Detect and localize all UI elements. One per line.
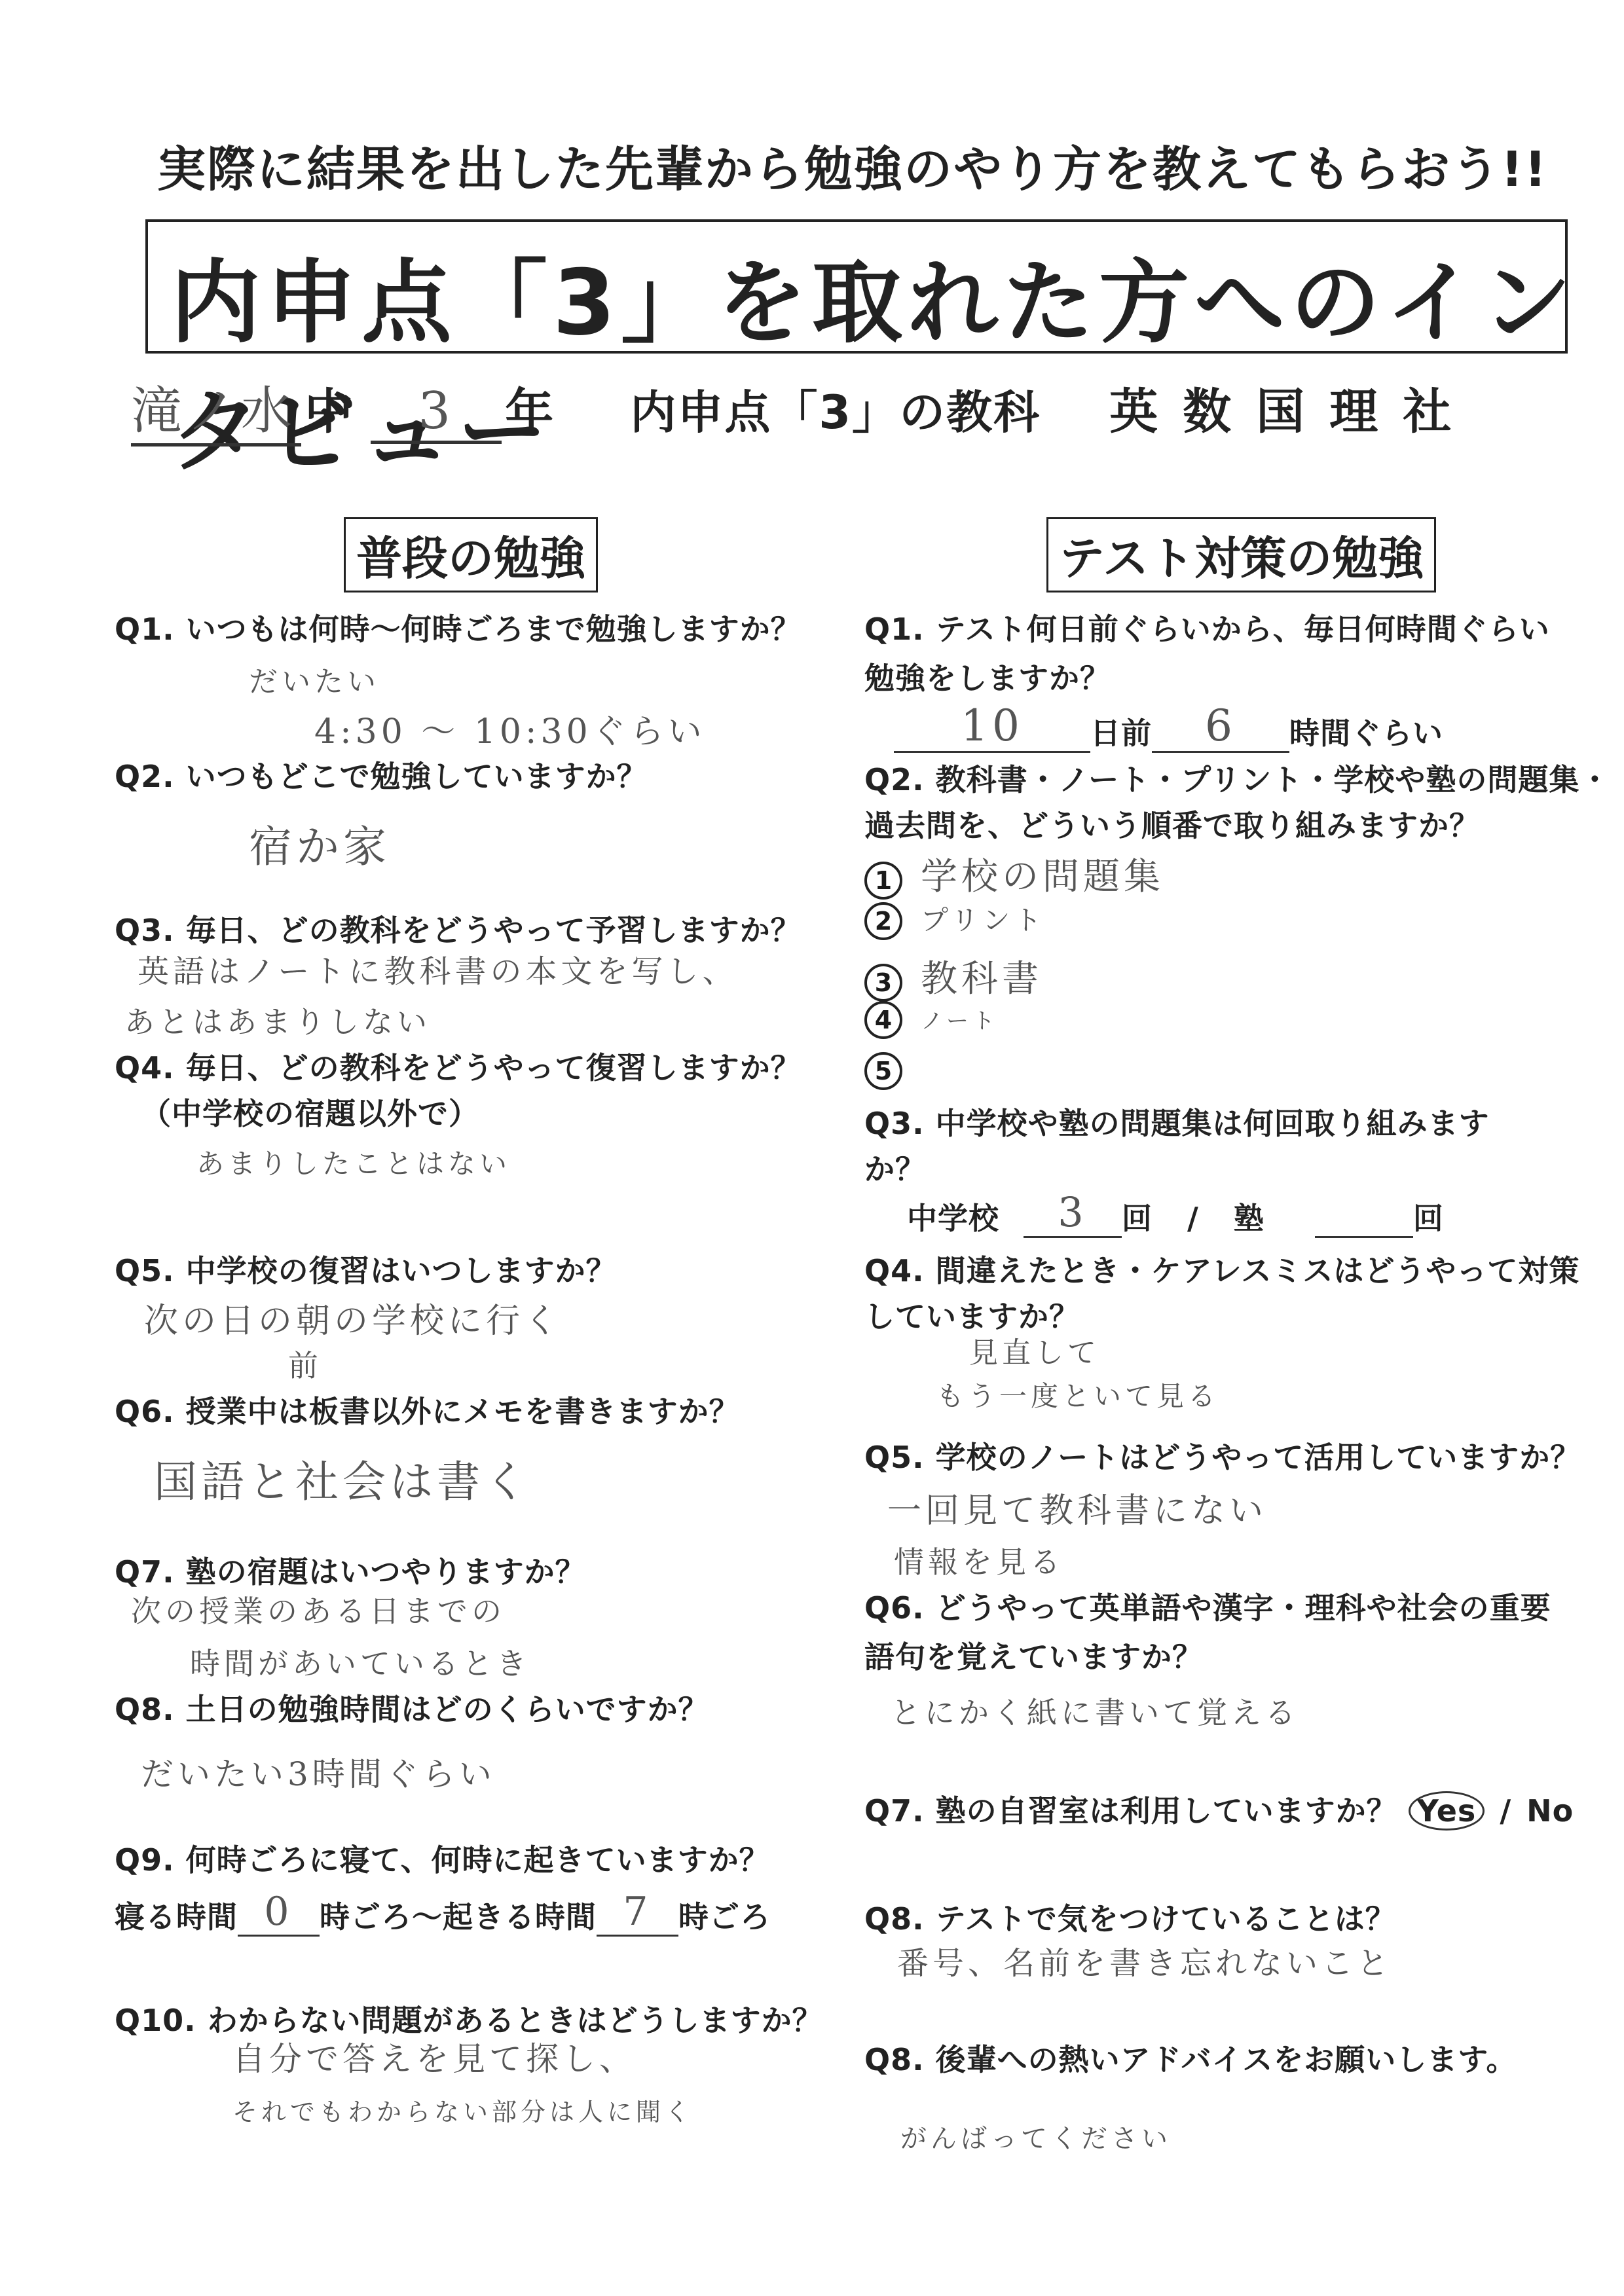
- days-before-value: 10: [894, 701, 1090, 753]
- school-count-label: 中学校: [907, 1201, 999, 1236]
- section-heading-test-study: テスト対策の勉強: [1046, 517, 1436, 592]
- order-item-2: 2プリント: [864, 899, 1164, 950]
- subject-math: 数: [1183, 384, 1231, 440]
- subject-japanese: 国: [1256, 384, 1304, 440]
- right-a4-line1: 見直して: [969, 1329, 1100, 1371]
- order-value: 学校の問題集: [921, 856, 1164, 898]
- right-q8: Q8. テストで気をつけていることは？: [864, 1895, 1396, 1939]
- left-a2: 宿か家: [249, 812, 390, 874]
- subjects-list: 英数国理社: [1109, 384, 1451, 440]
- right-a8: 番号、名前を書き忘れないこと: [897, 1938, 1392, 1983]
- right-q1-cont: 勉強をしますか？: [864, 655, 1111, 698]
- right-q5: Q5. 学校のノートはどうやって活用していますか？: [864, 1434, 1581, 1477]
- order-item-5: 5: [864, 1052, 1164, 1103]
- option-separator: /: [1500, 1793, 1511, 1829]
- juku-count-label: 塾: [1234, 1201, 1264, 1236]
- left-a10-line2: それでもわからない部分は人に聞く: [232, 2092, 693, 2128]
- right-q6: Q6. どうやって英単語や漢字・理科や社会の重要: [864, 1584, 1551, 1628]
- right-q6-cont: 語句を覚えていますか？: [864, 1633, 1203, 1677]
- wake-time-value: 7: [597, 1889, 678, 1937]
- order-number: 4: [864, 1001, 902, 1039]
- juku-count-value: [1315, 1236, 1413, 1238]
- right-a9-advice: がんばってください: [900, 2118, 1172, 2155]
- order-value: ノート: [921, 1008, 999, 1034]
- order-value: 教科書: [921, 958, 1043, 1000]
- right-a5-line1: 一回見て教科書にない: [887, 1483, 1267, 1532]
- left-a1-line2: 4:30 〜 10:30ぐらい: [314, 704, 706, 753]
- order-item-3: 3教科書: [864, 950, 1164, 1001]
- left-a5-line2: 前: [288, 1342, 322, 1385]
- sleep-time-suffix: 時ごろ〜起きる時間: [320, 1899, 597, 1935]
- right-a4-line2: もう一度といて見る: [936, 1375, 1219, 1414]
- right-q3: Q3. 中学校や塾の問題集は何回取り組みます: [864, 1100, 1490, 1143]
- left-q9: Q9. 何時ごろに寝て、何時に起きていますか？: [115, 1836, 770, 1880]
- left-a3-line2: あとはあまりしない: [124, 998, 431, 1042]
- separator: /: [1187, 1201, 1199, 1236]
- order-number: 2: [864, 902, 902, 940]
- left-a8: だいたい3時間ぐらい: [141, 1748, 496, 1795]
- sleep-time-label: 寝る時間: [115, 1899, 238, 1935]
- school-suffix: 中: [304, 384, 354, 440]
- left-a7-line1: 次の授業のある日までの: [131, 1588, 506, 1631]
- left-a7-line2: 時間があいているとき: [190, 1640, 530, 1683]
- subject-english: 英: [1109, 384, 1158, 440]
- school-count-unit: 回: [1122, 1201, 1153, 1236]
- left-a10-line1: 自分で答えを見て探し、: [232, 2033, 636, 2080]
- school-info-row: 滝ノ水 中 3 年 内申点「3」の教科 英数国理社: [131, 370, 1451, 442]
- right-q2: Q2. 教科書・ノート・プリント・学校や塾の問題集・: [864, 756, 1610, 799]
- hours-per-day-label: 時間ぐらい: [1289, 716, 1443, 751]
- subject-social: 社: [1403, 384, 1451, 440]
- left-q4: Q4. 毎日、どの教科をどうやって復習しますか？: [115, 1044, 802, 1087]
- order-number: 5: [864, 1052, 902, 1090]
- left-q4-note: （中学校の宿題以外で）: [141, 1090, 479, 1133]
- left-a6: 国語と社会は書く: [154, 1447, 531, 1509]
- order-value: プリント: [921, 904, 1045, 936]
- order-item-1: 1学校の問題集: [864, 848, 1164, 899]
- sleep-time-value: 0: [238, 1889, 320, 1937]
- right-q3-cont: か？: [864, 1146, 926, 1189]
- left-q6: Q6. 授業中は板書以外にメモを書きますか？: [115, 1388, 740, 1431]
- subjects-label: 内申点「3」の教科: [630, 386, 1041, 439]
- right-q2-cont: 過去問を、どういう順番で取り組みますか？: [864, 802, 1480, 845]
- hours-per-day-value: 6: [1152, 701, 1289, 753]
- grade-value: 3: [371, 382, 502, 444]
- left-q3: Q3. 毎日、どの教科をどうやって予習しますか？: [115, 907, 802, 950]
- right-a5-line2: 情報を見る: [894, 1539, 1064, 1582]
- left-a1-line1: だいたい: [249, 658, 380, 700]
- order-number: 3: [864, 964, 902, 1002]
- left-q5: Q5. 中学校の復習はいつしますか？: [115, 1247, 617, 1290]
- tagline: 実際に結果を出した先輩から勉強のやり方を教えてもらおう!!: [157, 131, 1548, 200]
- wake-time-suffix: 時ごろ: [678, 1899, 771, 1935]
- right-q1-answer-row: 10日前6時間ぐらい: [894, 701, 1443, 753]
- school-name-value: 滝ノ水: [131, 370, 301, 446]
- right-q7: Q7. 塾の自習室は利用していますか？ Yes / No: [864, 1787, 1574, 1831]
- order-item-4: 4ノート: [864, 1001, 1164, 1052]
- right-q7-label: Q7. 塾の自習室は利用していますか？: [864, 1793, 1397, 1829]
- no-option[interactable]: No: [1526, 1793, 1574, 1829]
- left-q2: Q2. いつもどこで勉強していますか？: [115, 753, 648, 796]
- days-before-label: 日前: [1090, 716, 1152, 751]
- right-a6: とにかく紙に書いて覚える: [891, 1689, 1299, 1732]
- left-a4: あまりしたことはない: [196, 1142, 511, 1182]
- right-q4: Q4. 間違えたとき・ケアレスミスはどうやって対策: [864, 1247, 1579, 1290]
- subject-science: 理: [1329, 384, 1378, 440]
- right-q1: Q1. テスト何日前ぐらいから、毎日何時間ぐらい: [864, 606, 1550, 649]
- left-q8: Q8. 土日の勉強時間はどのくらいですか？: [115, 1686, 709, 1729]
- school-count-value: 3: [1024, 1188, 1122, 1238]
- juku-count-unit: 回: [1413, 1201, 1444, 1236]
- study-order-list: 1学校の問題集 2プリント 3教科書 4ノート 5: [864, 848, 1164, 1103]
- left-q9-times: 寝る時間0時ごろ〜起きる時間7時ごろ: [115, 1889, 771, 1937]
- left-q7: Q7. 塾の宿題はいつやりますか？: [115, 1548, 586, 1592]
- page-title: 内申点「3」を取れた方へのインタビュー: [170, 230, 1624, 490]
- left-q1: Q1. いつもは何時〜何時ごろまで勉強しますか？: [115, 606, 802, 649]
- grade-suffix: 年: [505, 384, 555, 440]
- right-q3-answer-row: 中学校 3回 / 塾 回: [907, 1188, 1444, 1238]
- yes-option-selected[interactable]: Yes: [1409, 1791, 1485, 1831]
- order-number: 1: [864, 862, 902, 900]
- left-a5-line1: 次の日の朝の学校に行く: [144, 1293, 562, 1342]
- left-a3-line1: 英語はノートに教科書の本文を写し、: [138, 946, 738, 991]
- right-q9-advice: Q8. 後輩への熱いアドバイスをお願いします。: [864, 2036, 1517, 2079]
- section-heading-daily-study: 普段の勉強: [344, 517, 598, 592]
